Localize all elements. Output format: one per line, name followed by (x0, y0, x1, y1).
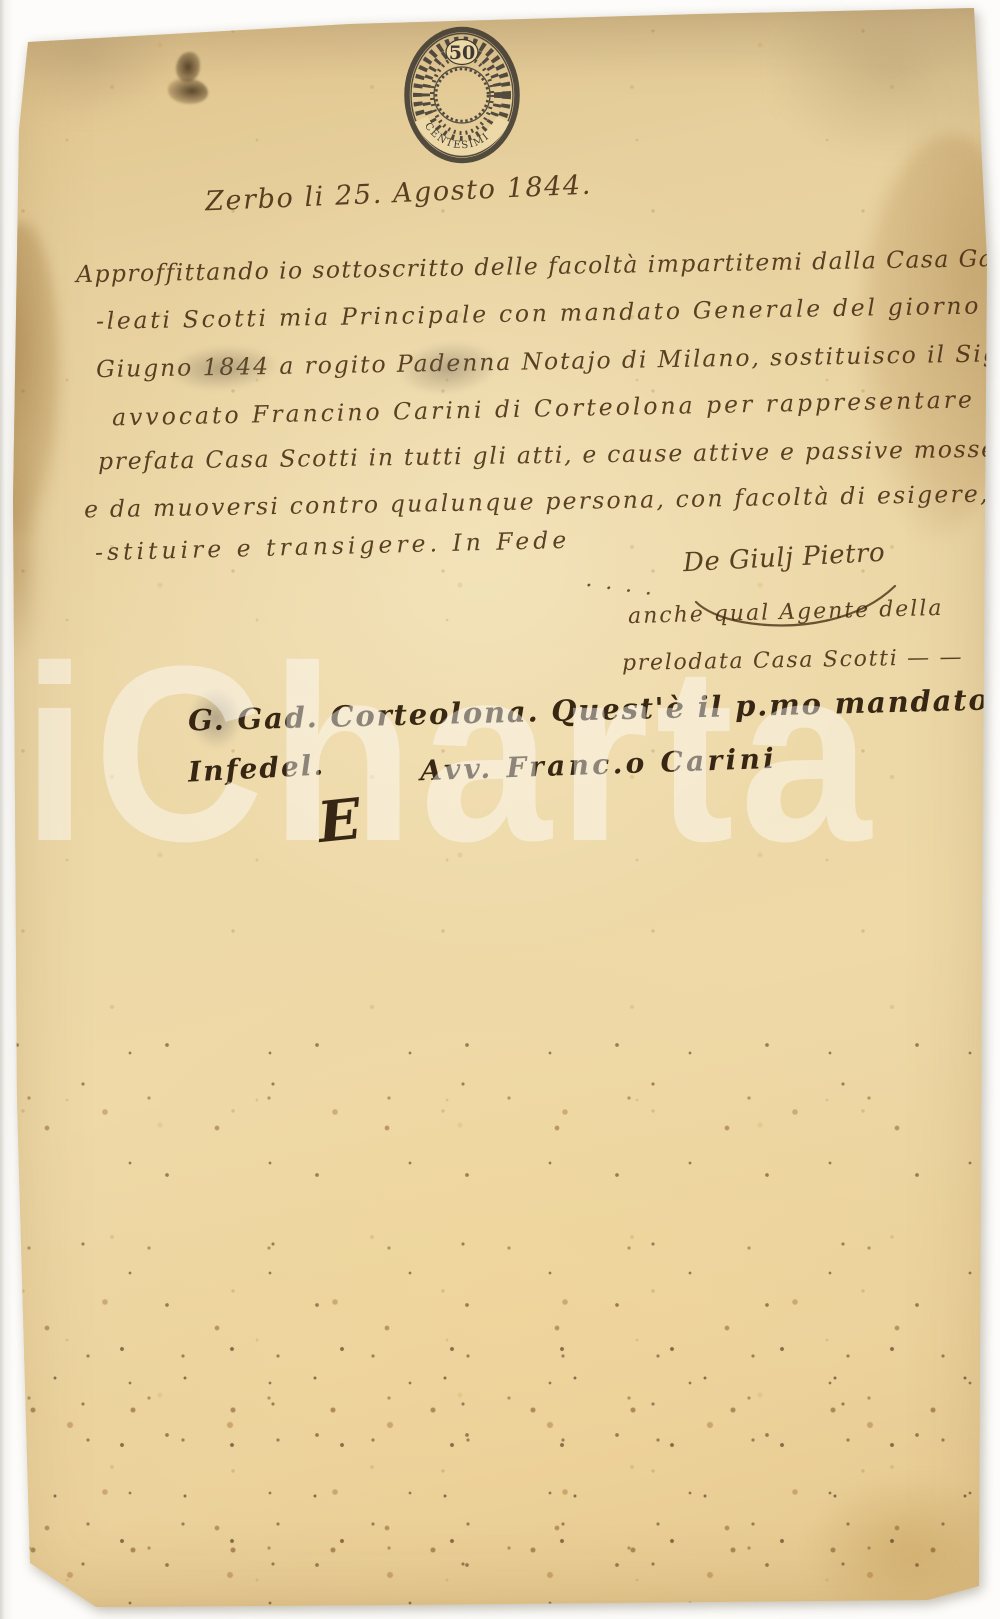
annotation-left: Infedel. (187, 748, 326, 788)
manuscript-page: 50 CENTESIMI Zerbo li 25. Agosto 1844. A… (0, 0, 1000, 1619)
stain-top-left-corner (0, 0, 172, 120)
revenue-stamp: 50 CENTESIMI (399, 24, 525, 166)
paper-shadow: 50 CENTESIMI Zerbo li 25. Agosto 1844. A… (0, 0, 1000, 1619)
dateline: Zerbo li 25. Agosto 1844. (205, 170, 593, 218)
body-line-5: prefata Casa Scotti in tutti gli atti, e… (98, 435, 997, 476)
stain-left-edge (0, 222, 62, 537)
stain-top-right (858, 135, 1000, 535)
ink-blot-2 (168, 78, 208, 104)
signature: De Giulj Pietro (682, 538, 885, 579)
stain-left-lower (0, 450, 40, 660)
stain-top-right-corner (772, 0, 1000, 156)
annotation-flourish: E (315, 786, 364, 856)
annotation-line-1: G. Gad. Corteolona. Quest'è il p.mo mand… (188, 683, 990, 738)
body-line-6: e da muoversi contro qualunque persona, … (84, 479, 1000, 524)
body-line-2: -leati Scotti mia Principale con mandato… (96, 291, 1000, 335)
signature-role-line-2: prelodata Casa Scotti — — (622, 645, 964, 676)
ink-dots: · · · · (584, 573, 657, 607)
foxing-speckles-dense (0, 1330, 1000, 1619)
foxing-speckles-heavy (0, 1020, 1000, 1619)
body-line-3: Giugno 1844 a rogito Padenna Notajo di M… (96, 339, 1000, 383)
foxing-speckles-light (0, 0, 1000, 1619)
stamp-value: 50 (449, 42, 475, 64)
stain-bottom-right-corner (810, 1477, 1000, 1619)
body-line-4: avvocato Francino Carini di Corteolona p… (112, 385, 1000, 432)
body-line-1: Approffittando io sottoscritto delle fac… (76, 244, 1000, 288)
annotation-right: Avv. Franc.o Carini (420, 742, 778, 787)
body-line-7: -stituire e transigere. In Fede (95, 526, 571, 566)
ink-blot (176, 52, 200, 82)
scanned-document: 50 CENTESIMI Zerbo li 25. Agosto 1844. A… (0, 0, 1000, 1619)
